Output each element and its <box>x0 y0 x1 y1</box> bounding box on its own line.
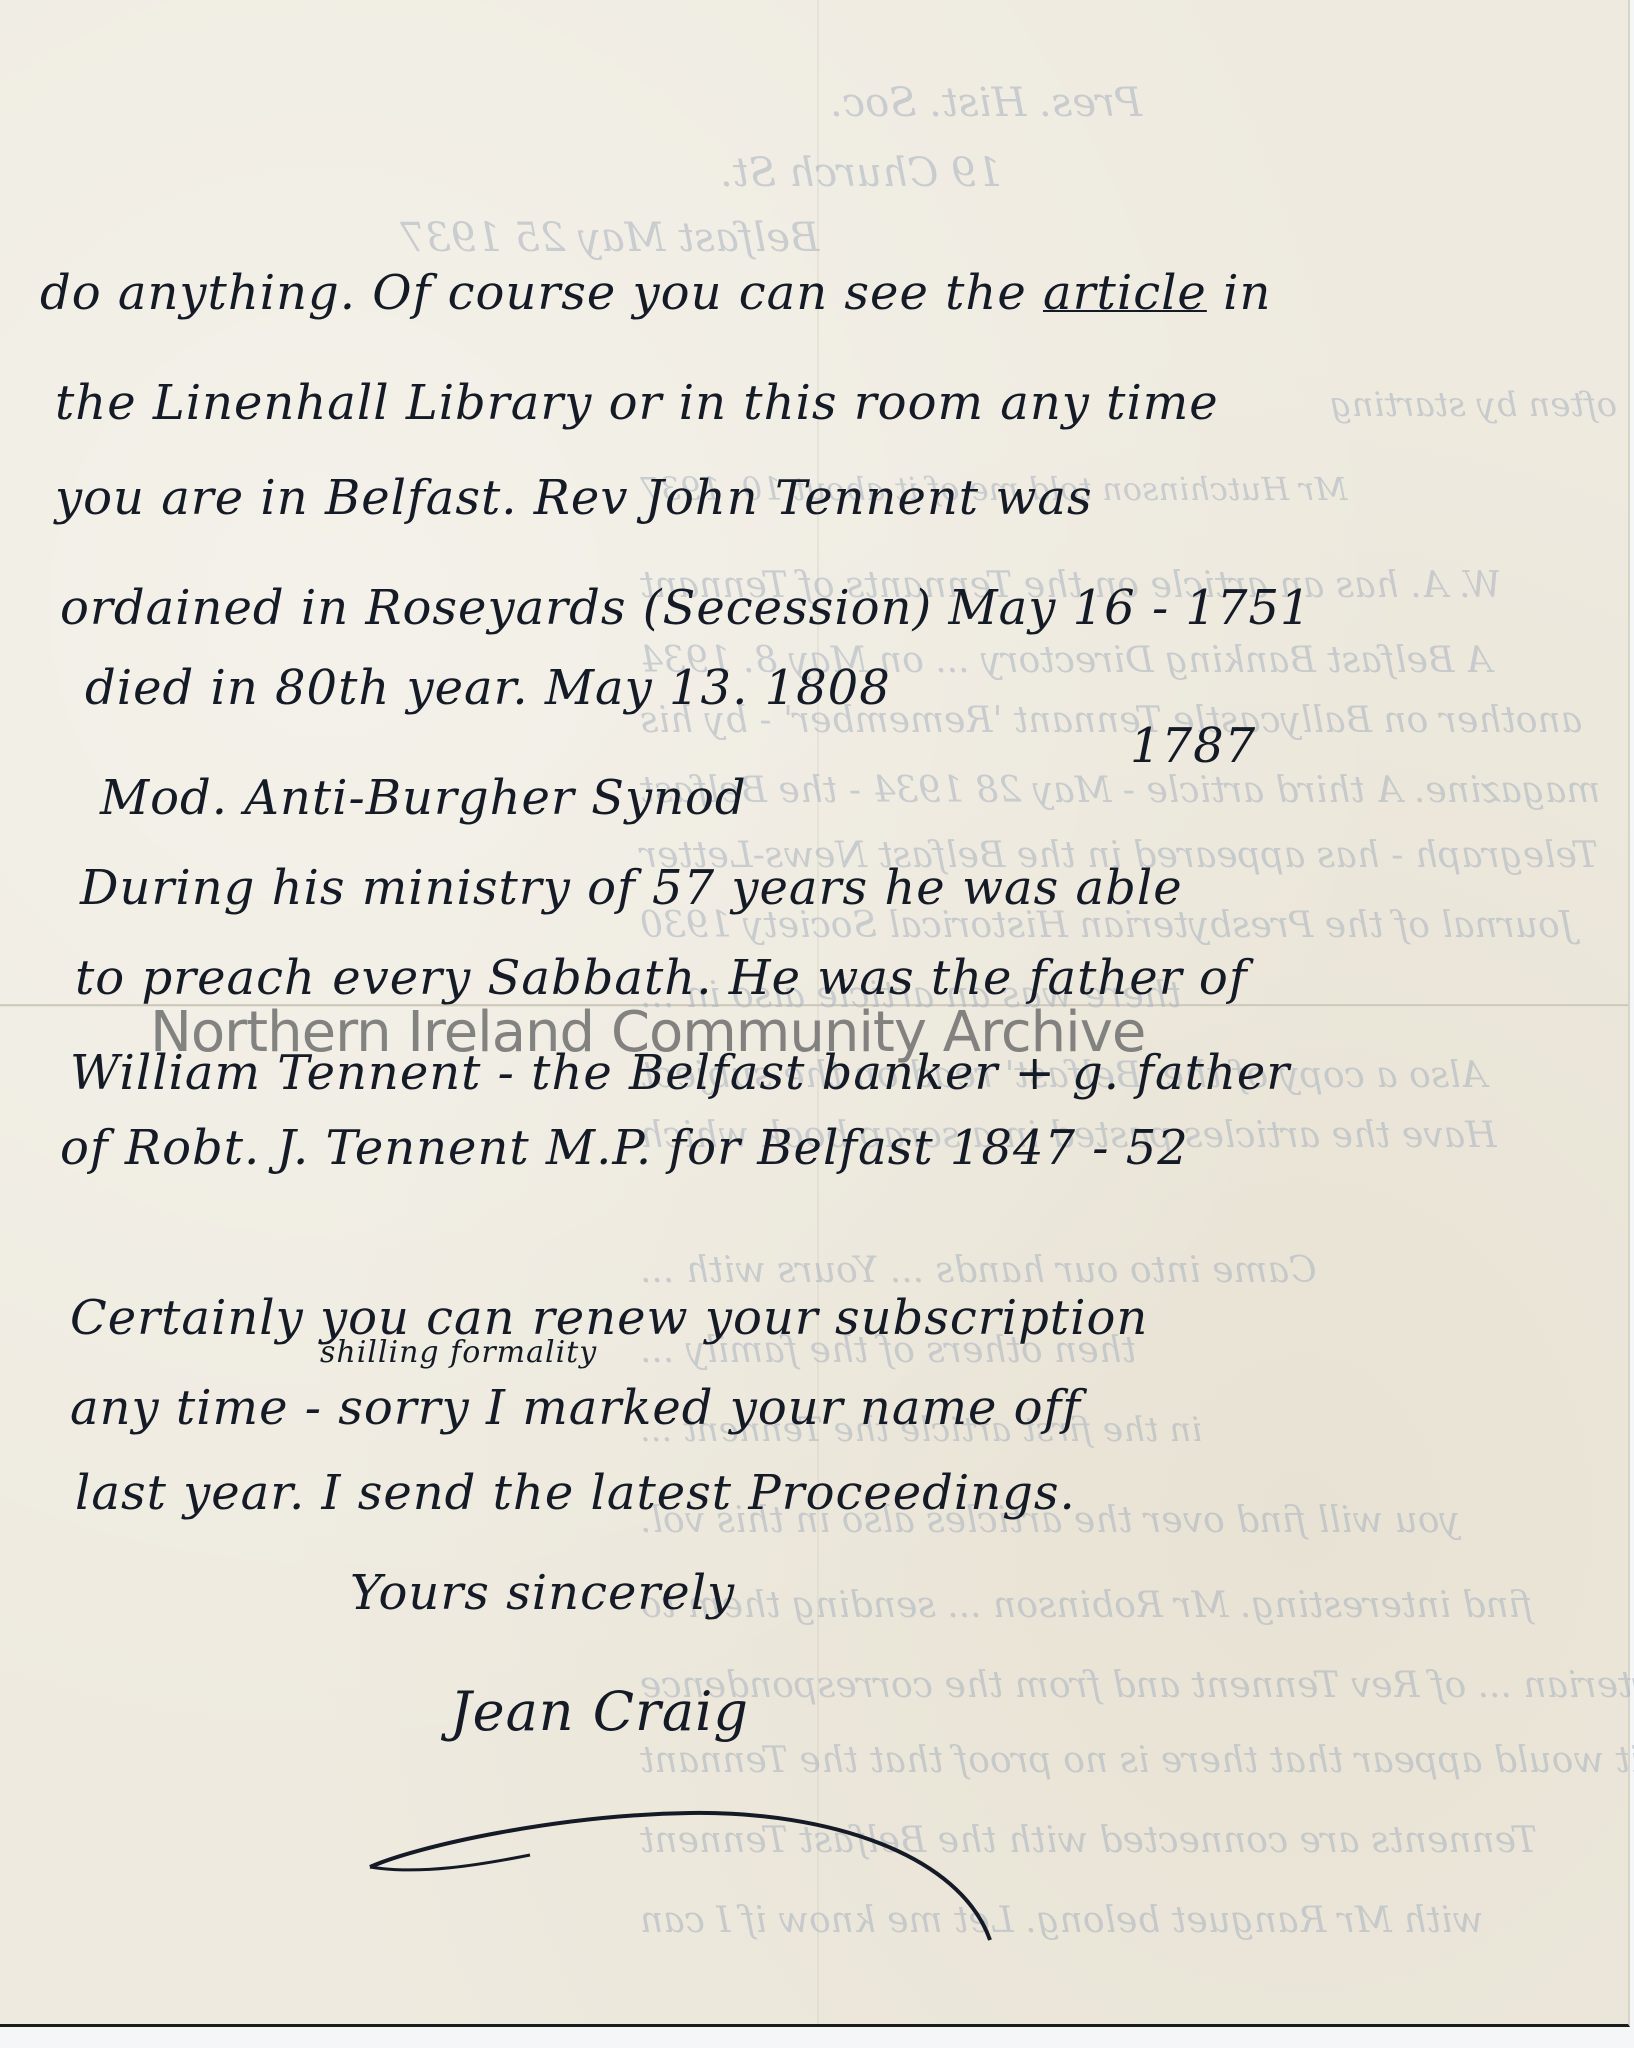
bleed-line: Came into our hands ... Yours with ... <box>640 1250 1317 1291</box>
letter-closing: Yours sincerely <box>350 1565 735 1621</box>
bleed-line: magazine. A third article - May 28 1934 … <box>640 770 1600 811</box>
letter-line-1: do anything. Of course you can see the a… <box>40 265 1271 321</box>
signature: Jean Craig <box>450 1680 749 1743</box>
bleed-address-3: Belfast May 25 1937 <box>400 215 819 261</box>
letter-line-2: the Linenhall Library or in this room an… <box>55 375 1219 431</box>
letter-line-9: to preach every Sabbath. He was the fath… <box>75 950 1248 1006</box>
letter-line-6-year: 1787 <box>1130 718 1256 774</box>
letter-line-4: ordained in Roseyards (Secession) May 16… <box>60 580 1312 636</box>
letter-insertion-note: shilling formality <box>320 1335 597 1370</box>
letter-line-14: last year. I send the latest Proceedings… <box>75 1465 1076 1521</box>
letter-line-13: any time - sorry I marked your name off <box>70 1380 1081 1436</box>
letter-line-12: Certainly you can renew your subscriptio… <box>70 1290 1148 1346</box>
bleed-address-1: Pres. Hist. Soc. <box>830 80 1142 126</box>
bleed-address-2: 19 Church St. <box>720 150 1002 196</box>
letter-page: Pres. Hist. Soc. 19 Church St. Belfast M… <box>0 0 1630 2027</box>
letter-line-3: you are in Belfast. Rev John Tennent was <box>55 470 1093 526</box>
letter-line-1-text: do anything. Of course you can see the a… <box>40 265 1271 321</box>
letter-line-5: died in 80th year. May 13. 1808 <box>85 660 891 716</box>
letter-line-11: of Robt. J. Tennent M.P. for Belfast 184… <box>60 1120 1189 1176</box>
signature-flourish-icon <box>360 1755 1040 1955</box>
archive-watermark: Northern Ireland Community Archive <box>150 1000 1490 1065</box>
letter-line-7: Mod. Anti-Burgher Synod <box>100 770 747 826</box>
bleed-line: often by starting <box>1330 385 1617 425</box>
bleed-line: the Presbyterian ... of Rev Tennent and … <box>640 1665 1634 1706</box>
underlined-word: article <box>1043 265 1207 321</box>
bleed-line: find interesting. Mr Robinson ... sendin… <box>640 1585 1533 1626</box>
letter-line-8: During his ministry of 57 years he was a… <box>80 860 1183 916</box>
